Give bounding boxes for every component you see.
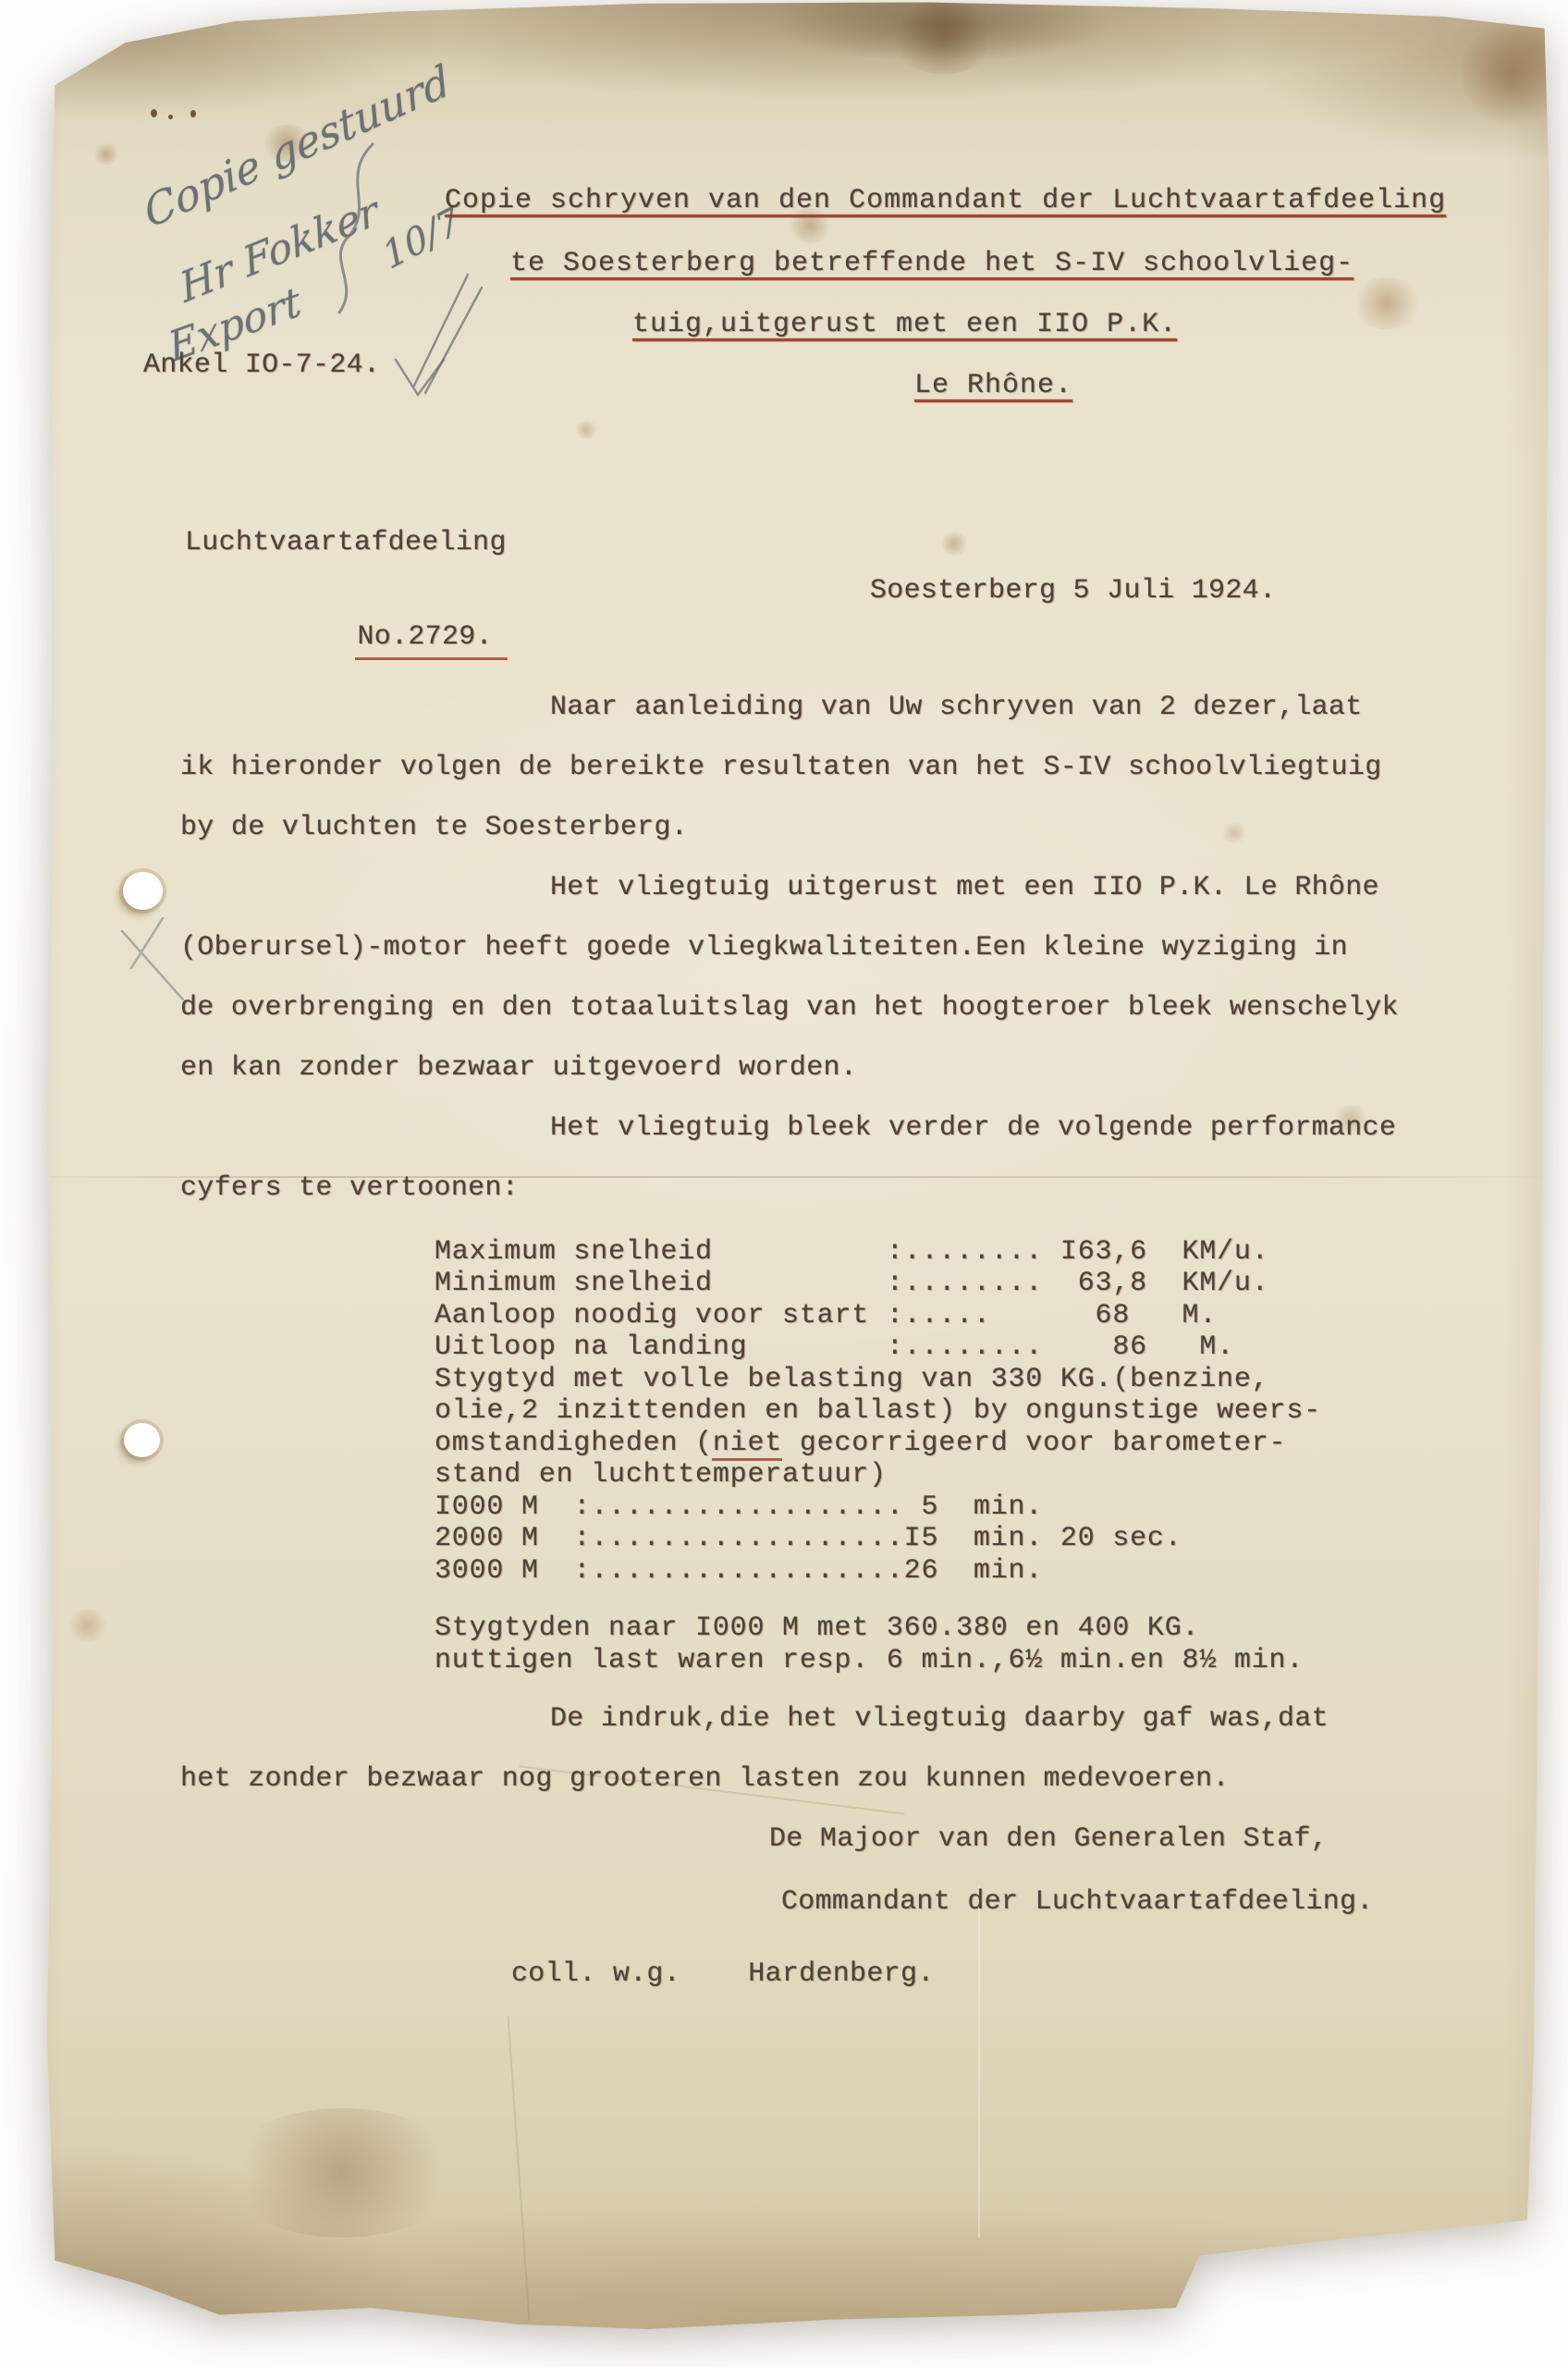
body-line: het zonder bezwaar nog grooteren lasten … bbox=[180, 1763, 1230, 1796]
niet-word-underline bbox=[712, 1458, 782, 1461]
performance-row: 3000 M :..................26 min. bbox=[435, 1555, 1043, 1588]
stain-spot bbox=[92, 143, 120, 166]
climb-note-line: Stygtyden naar I000 M met 360.380 en 400… bbox=[435, 1613, 1199, 1645]
stain-spot bbox=[65, 1609, 111, 1642]
ink-speck bbox=[168, 115, 173, 119]
body-line: Naar aanleiding van Uw schryven van 2 de… bbox=[550, 692, 1363, 724]
received-stamp: Ankel IO-7-24. bbox=[143, 350, 380, 382]
stain-spot bbox=[938, 532, 970, 556]
scanned-letter-page: Copie gestuurd Hr Fokker Export 10/7 Ank… bbox=[0, 0, 1568, 2367]
performance-row: Aanloop noodig voor start :..... 68 M. bbox=[435, 1300, 1217, 1332]
performance-row: olie,2 inzittenden en ballast) by onguns… bbox=[435, 1395, 1321, 1428]
climb-note-line: nuttigen last waren resp. 6 min.,6½ min.… bbox=[435, 1645, 1304, 1677]
paper-sheet: Copie gestuurd Hr Fokker Export 10/7 Ank… bbox=[0, 0, 1568, 2367]
ink-speck bbox=[190, 110, 196, 117]
performance-row: stand en luchttemperatuur) bbox=[435, 1459, 887, 1491]
signature-line: De Majoor van den Generalen Staf, bbox=[769, 1823, 1328, 1856]
reference-number: No.2729. bbox=[222, 589, 508, 693]
stain-spot bbox=[1220, 823, 1248, 843]
body-line: Het vliegtuig uitgerust met een IIO P.K.… bbox=[550, 872, 1379, 904]
performance-row: Stygtyd met volle belasting van 330 KG.(… bbox=[435, 1364, 1269, 1396]
body-line: de overbrenging en den totaaluitslag van… bbox=[180, 992, 1399, 1024]
punch-hole-top bbox=[123, 872, 163, 910]
unit-name: Luchtvaartafdeeling bbox=[185, 527, 507, 559]
performance-row: omstandigheden (niet gecorrigeerd voor b… bbox=[435, 1428, 1286, 1460]
title-line-3: tuig,uitgerust met een IIO P.K. bbox=[632, 309, 1177, 341]
body-line: ik hieronder volgen de bereikte resultat… bbox=[180, 752, 1382, 784]
performance-row: Uitloop na landing :........ 86 M. bbox=[435, 1331, 1234, 1364]
body-line: cyfers te vertoonen: bbox=[180, 1172, 519, 1205]
title-line-4: Le Rhône. bbox=[914, 370, 1072, 402]
stain-spot bbox=[1461, 18, 1562, 129]
performance-row: Maximum snelheid :........ I63,6 KM/u. bbox=[435, 1236, 1269, 1269]
stain-spot bbox=[888, 0, 998, 74]
stain-spot bbox=[573, 421, 599, 439]
stain-spot bbox=[222, 2108, 462, 2238]
reference-number-text: No.2729. bbox=[355, 621, 507, 661]
title-line-1: Copie schryven van den Commandant der Lu… bbox=[445, 185, 1446, 217]
body-line: De indruk,die het vliegtuig daarby gaf w… bbox=[550, 1703, 1329, 1735]
ink-speck bbox=[151, 109, 157, 117]
signature-line: Commandant der Luchtvaartafdeeling. bbox=[781, 1886, 1374, 1919]
pencil-arrow-icon bbox=[370, 264, 490, 407]
paper-sheet-wrap: Copie gestuurd Hr Fokker Export 10/7 Ank… bbox=[0, 0, 1568, 2367]
body-line: (Oberursel)-motor heeft goede vliegkwali… bbox=[180, 932, 1348, 964]
title-line-2: te Soesterberg betreffende het S-IV scho… bbox=[510, 248, 1354, 280]
body-line: Het vliegtuig bleek verder de volgende p… bbox=[550, 1112, 1396, 1145]
performance-row: Minimum snelheid :........ 63,8 KM/u. bbox=[435, 1268, 1269, 1300]
stain-spot bbox=[1350, 277, 1424, 329]
body-line: en kan zonder bezwaar uitgevoerd worden. bbox=[180, 1052, 857, 1085]
collation-line: coll. w.g. Hardenberg. bbox=[511, 1958, 935, 1991]
punch-hole-bottom bbox=[124, 1423, 160, 1457]
body-line: by de vluchten te Soesterberg. bbox=[180, 812, 688, 844]
paper-crease bbox=[978, 1886, 980, 2238]
place-and-date: Soesterberg 5 Juli 1924. bbox=[870, 575, 1276, 607]
performance-row: I000 M :.................. 5 min. bbox=[435, 1491, 1043, 1524]
handwritten-note-line1: Copie gestuurd bbox=[139, 55, 455, 238]
paper-crease bbox=[507, 2016, 530, 2320]
performance-row: 2000 M :..................I5 min. 20 sec… bbox=[435, 1523, 1182, 1555]
